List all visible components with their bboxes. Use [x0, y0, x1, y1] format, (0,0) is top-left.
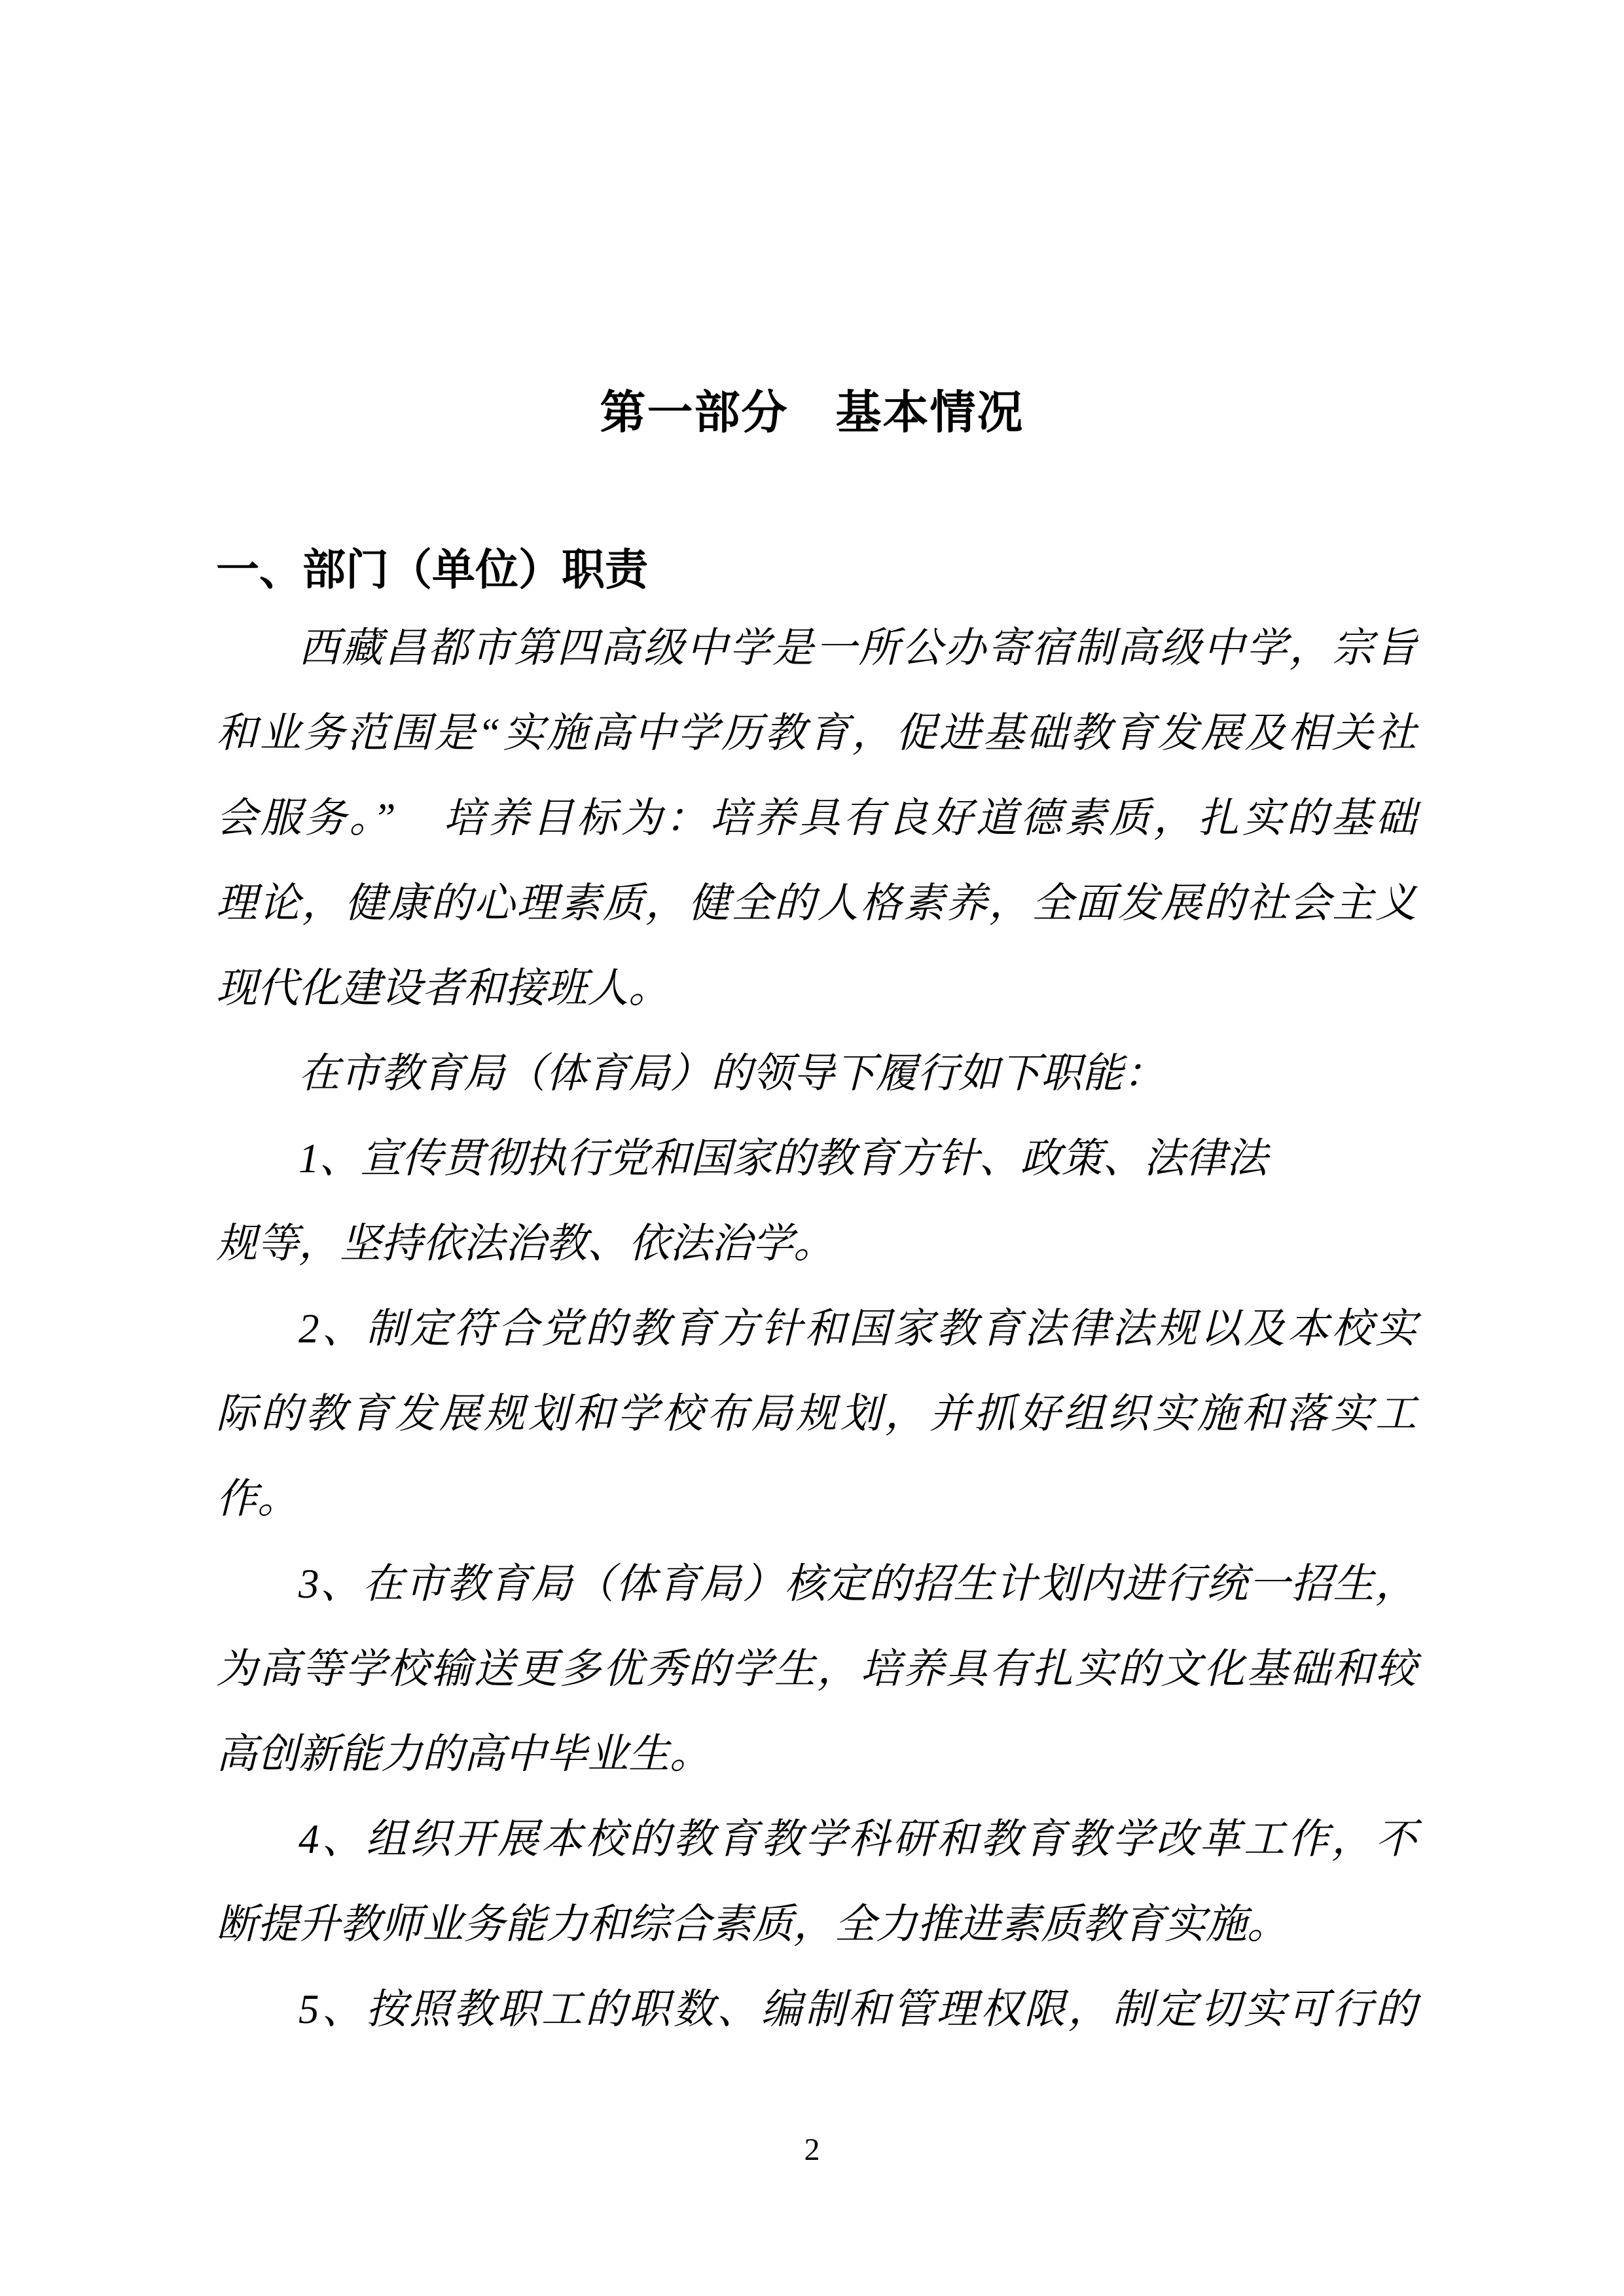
text-line: 高创新能力的高中毕业生。: [216, 1712, 1416, 1797]
text-line: 理论，健康的心理素质，健全的人格素养，全面发展的社会主义: [216, 861, 1416, 946]
text-line: 规等，坚持依法治教、依法治学。: [216, 1201, 1416, 1286]
text-line: 断提升教师业务能力和综合素质，全力推进素质教育实施。: [216, 1882, 1416, 1967]
text-line: 为高等学校输送更多优秀的学生，培养具有扎实的文化基础和较: [216, 1626, 1416, 1712]
page-number: 2: [0, 2108, 1624, 2193]
text-line: 作。: [216, 1456, 1416, 1541]
section-heading: 一、部门（单位）职责: [216, 527, 648, 612]
document-page: 第一部分 基本情况 一、部门（单位）职责 西藏昌都市第四高级中学是一所公办寄宿制…: [0, 0, 1624, 2296]
text-line: 现代化建设者和接班人。: [216, 946, 1416, 1031]
text-line: 际的教育发展规划和学校布局规划，并抓好组织实施和落实工: [216, 1371, 1416, 1456]
text-line: 3、在市教育局（体育局）核定的招生计划内进行统一招生，: [216, 1541, 1416, 1626]
text-line: 在市教育局（体育局）的领导下履行如下职能：: [216, 1031, 1416, 1116]
body-text: 西藏昌都市第四高级中学是一所公办寄宿制高级中学，宗旨和业务范围是“实施高中学历教…: [216, 605, 1416, 2052]
text-line: 2、制定符合党的教育方针和国家教育法律法规以及本校实: [216, 1286, 1416, 1371]
text-line: 和业务范围是“实施高中学历教育，促进基础教育发展及相关社: [216, 691, 1416, 776]
part-title: 第一部分 基本情况: [0, 370, 1624, 455]
text-line: 西藏昌都市第四高级中学是一所公办寄宿制高级中学，宗旨: [216, 605, 1416, 691]
text-line: 4、组织开展本校的教育教学科研和教育教学改革工作，不: [216, 1797, 1416, 1882]
text-line: 1、宣传贯彻执行党和国家的教育方针、政策、法律法: [216, 1116, 1416, 1201]
text-line: 会服务。” 培养目标为：培养具有良好道德素质，扎实的基础: [216, 776, 1416, 861]
text-line: 5、按照教职工的职数、编制和管理权限，制定切实可行的: [216, 1967, 1416, 2052]
